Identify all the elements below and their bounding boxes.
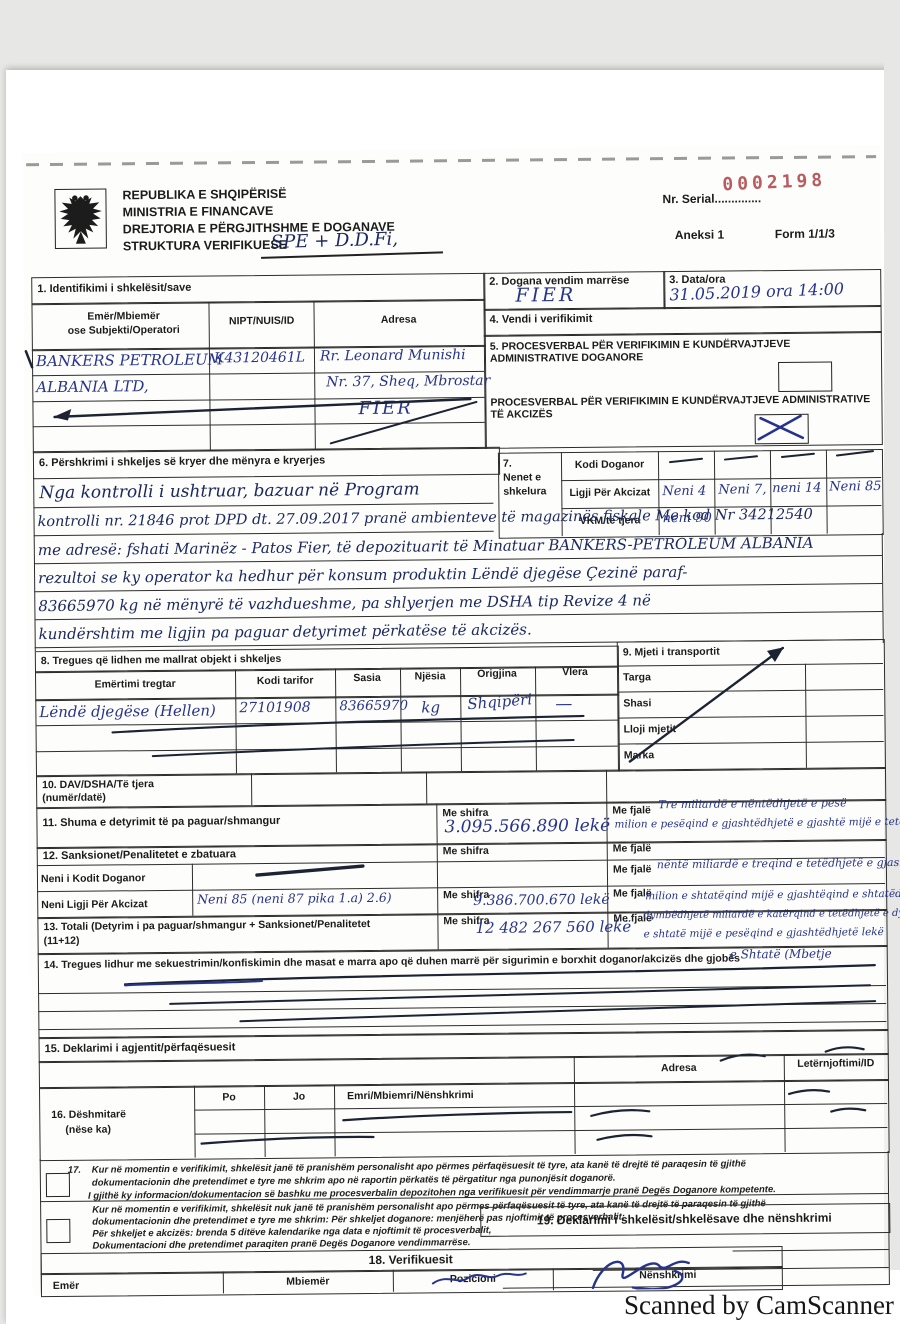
s16-strike-row1 (343, 1112, 571, 1120)
s14-strike-2 (170, 985, 870, 1004)
s5-checkbox-x-mark (759, 416, 803, 439)
s1-strike-arrowhead (54, 410, 70, 420)
s7-kodi-dashes (670, 451, 873, 462)
customs-form: REPUBLIKA E SHQIPËRISË MINISTRIA E FINAN… (22, 145, 891, 1295)
camscanner-credit: Scanned by CamScanner (624, 1290, 894, 1321)
s9-arrow-head (768, 648, 783, 661)
s14-strike-3 (240, 1001, 875, 1021)
s15-squiggle-2 (826, 1047, 864, 1051)
s18-signature-scribble (593, 1261, 689, 1290)
s18-pozicioni-handwriting (433, 1274, 526, 1284)
pen-strokes-overlay (22, 145, 891, 1295)
s1-strike-line (54, 399, 470, 417)
s9-arrow-line (629, 648, 784, 761)
s16-squiggle-adresa-2 (597, 1135, 651, 1140)
s15-squiggle-1 (721, 1054, 765, 1060)
s16-strike-row2 (201, 1137, 373, 1144)
s8-strike-1 (112, 716, 583, 733)
s16-squiggle-id-1 (789, 1090, 829, 1094)
scanned-document-canvas: REPUBLIKA E SHQIPËRISË MINISTRIA E FINAN… (0, 0, 900, 1324)
s12-kodit-strike (257, 866, 363, 875)
s16-squiggle-id-2 (831, 1108, 865, 1111)
margin-pen-tick (26, 351, 32, 367)
s16-squiggle-adresa-1 (591, 1110, 649, 1116)
s1-strike-diagonal (330, 402, 476, 443)
s8-strike-2 (153, 740, 574, 756)
